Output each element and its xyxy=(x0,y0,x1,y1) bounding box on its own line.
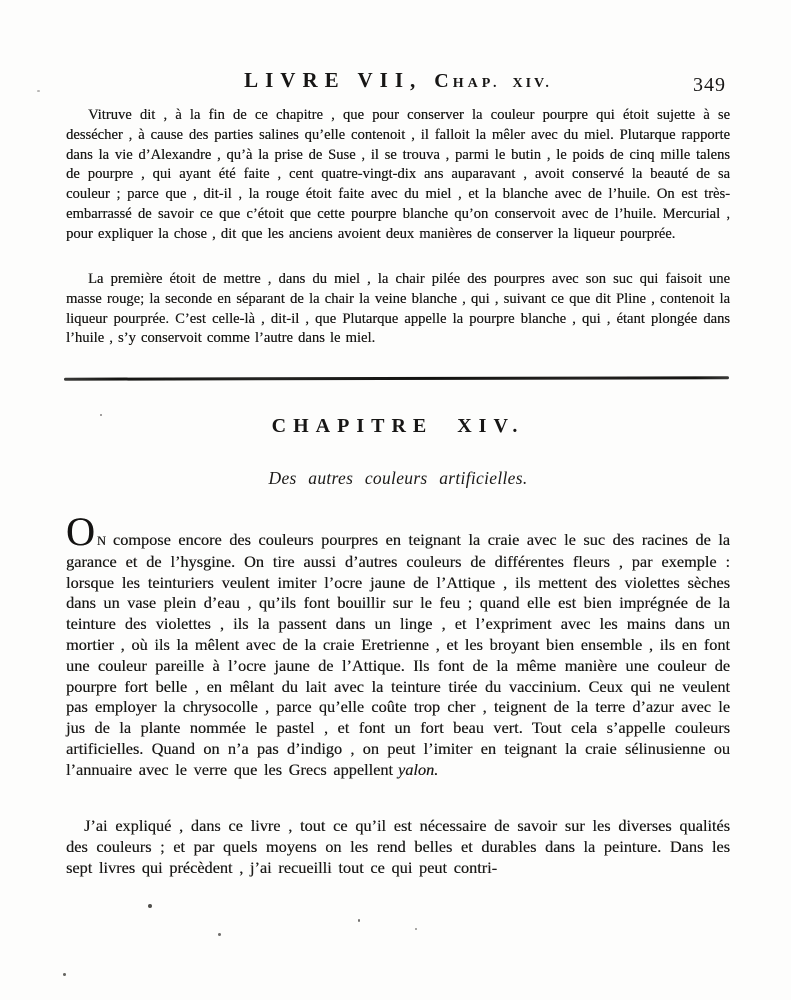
page-number: 349 xyxy=(693,74,726,97)
ink-speck xyxy=(100,414,102,416)
greek-term-italic: yalon. xyxy=(398,760,438,779)
running-header-book-title: LIVRE VII, xyxy=(244,68,422,92)
ink-speck xyxy=(358,919,360,922)
ink-speck xyxy=(415,928,417,930)
body-paragraph-on-compose: ONcompose encore des couleurs pourpres e… xyxy=(66,530,730,781)
section-divider-rule xyxy=(64,376,729,380)
book-page-scan: LIVRE VII, CHAP. XIV. 349 Vitruve dit , … xyxy=(0,0,791,1000)
running-header-chapter-label: CHAP. xyxy=(434,70,500,93)
chapter-heading: CHAPITRE XIV. xyxy=(66,415,730,438)
ink-speck xyxy=(63,973,66,976)
running-header: LIVRE VII, CHAP. XIV. xyxy=(66,68,730,93)
ink-speck xyxy=(37,90,40,92)
running-header-chapter-number: XIV. xyxy=(513,76,552,92)
ink-speck xyxy=(218,933,221,936)
body-paragraph-text: compose encore des couleurs pourpres en … xyxy=(66,530,730,779)
body-paragraph-jai-explique: J’ai expliqué , dans ce livre , tout ce … xyxy=(66,816,730,878)
drop-cap-initial: O xyxy=(66,509,97,554)
ink-speck xyxy=(148,904,152,908)
chapter-subtitle: Des autres couleurs artificielles. xyxy=(66,468,730,489)
intro-paragraph-vitruve: Vitruve dit , à la fin de ce chapitre , … xyxy=(66,106,730,245)
drop-cap-small-letter: N xyxy=(97,534,107,548)
intro-paragraph-premiere: La première étoit de mettre , dans du mi… xyxy=(66,270,730,349)
